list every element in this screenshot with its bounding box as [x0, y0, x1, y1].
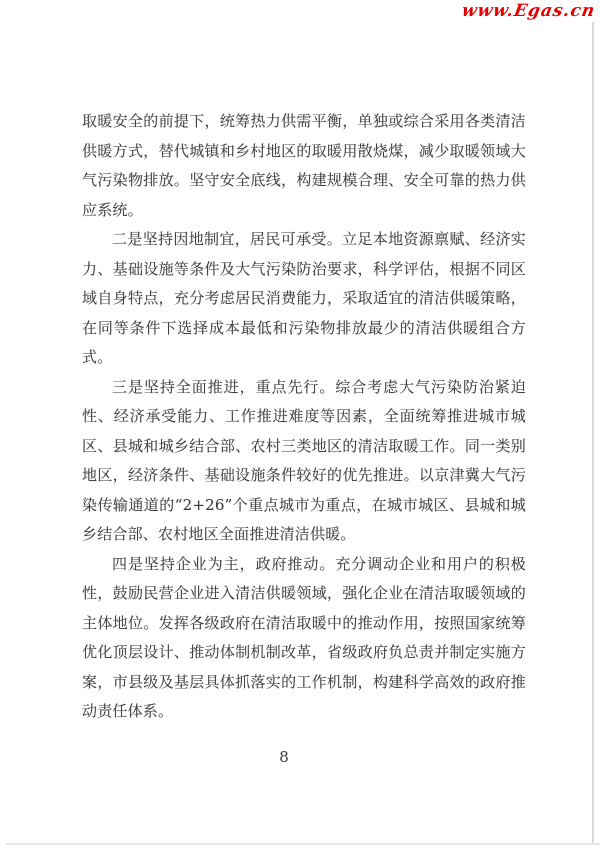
- paragraph-continuation: 取暖安全的前提下，统筹热力供需平衡，单独或综合采用各类清洁供暖方式，替代城镇和乡…: [82, 107, 526, 225]
- paragraph-principle-4: 四是坚持企业为主，政府推动。充分调动企业和用户的积极性，鼓励民营企业进入清洁供暖…: [82, 550, 526, 727]
- page-number: 8: [62, 748, 506, 766]
- document-body: 取暖安全的前提下，统筹热力供需平衡，单独或综合采用各类清洁供暖方式，替代城镇和乡…: [82, 107, 526, 727]
- site-watermark: www.Egas.cn: [460, 1, 597, 21]
- scan-edge-right-line: [592, 22, 594, 844]
- paragraph-principle-2: 二是坚持因地制宜，居民可承受。立足本地资源禀赋、经济实力、基础设施等条件及大气污…: [82, 225, 526, 373]
- paragraph-principle-3: 三是坚持全面推进，重点先行。综合考虑大气污染防治紧迫性、经济承受能力、工作推进难…: [82, 373, 526, 550]
- scanned-document-page: www.Egas.cn 取暖安全的前提下，统筹热力供需平衡，单独或综合采用各类清…: [0, 0, 600, 848]
- scan-edge-bottom-line: [6, 843, 600, 845]
